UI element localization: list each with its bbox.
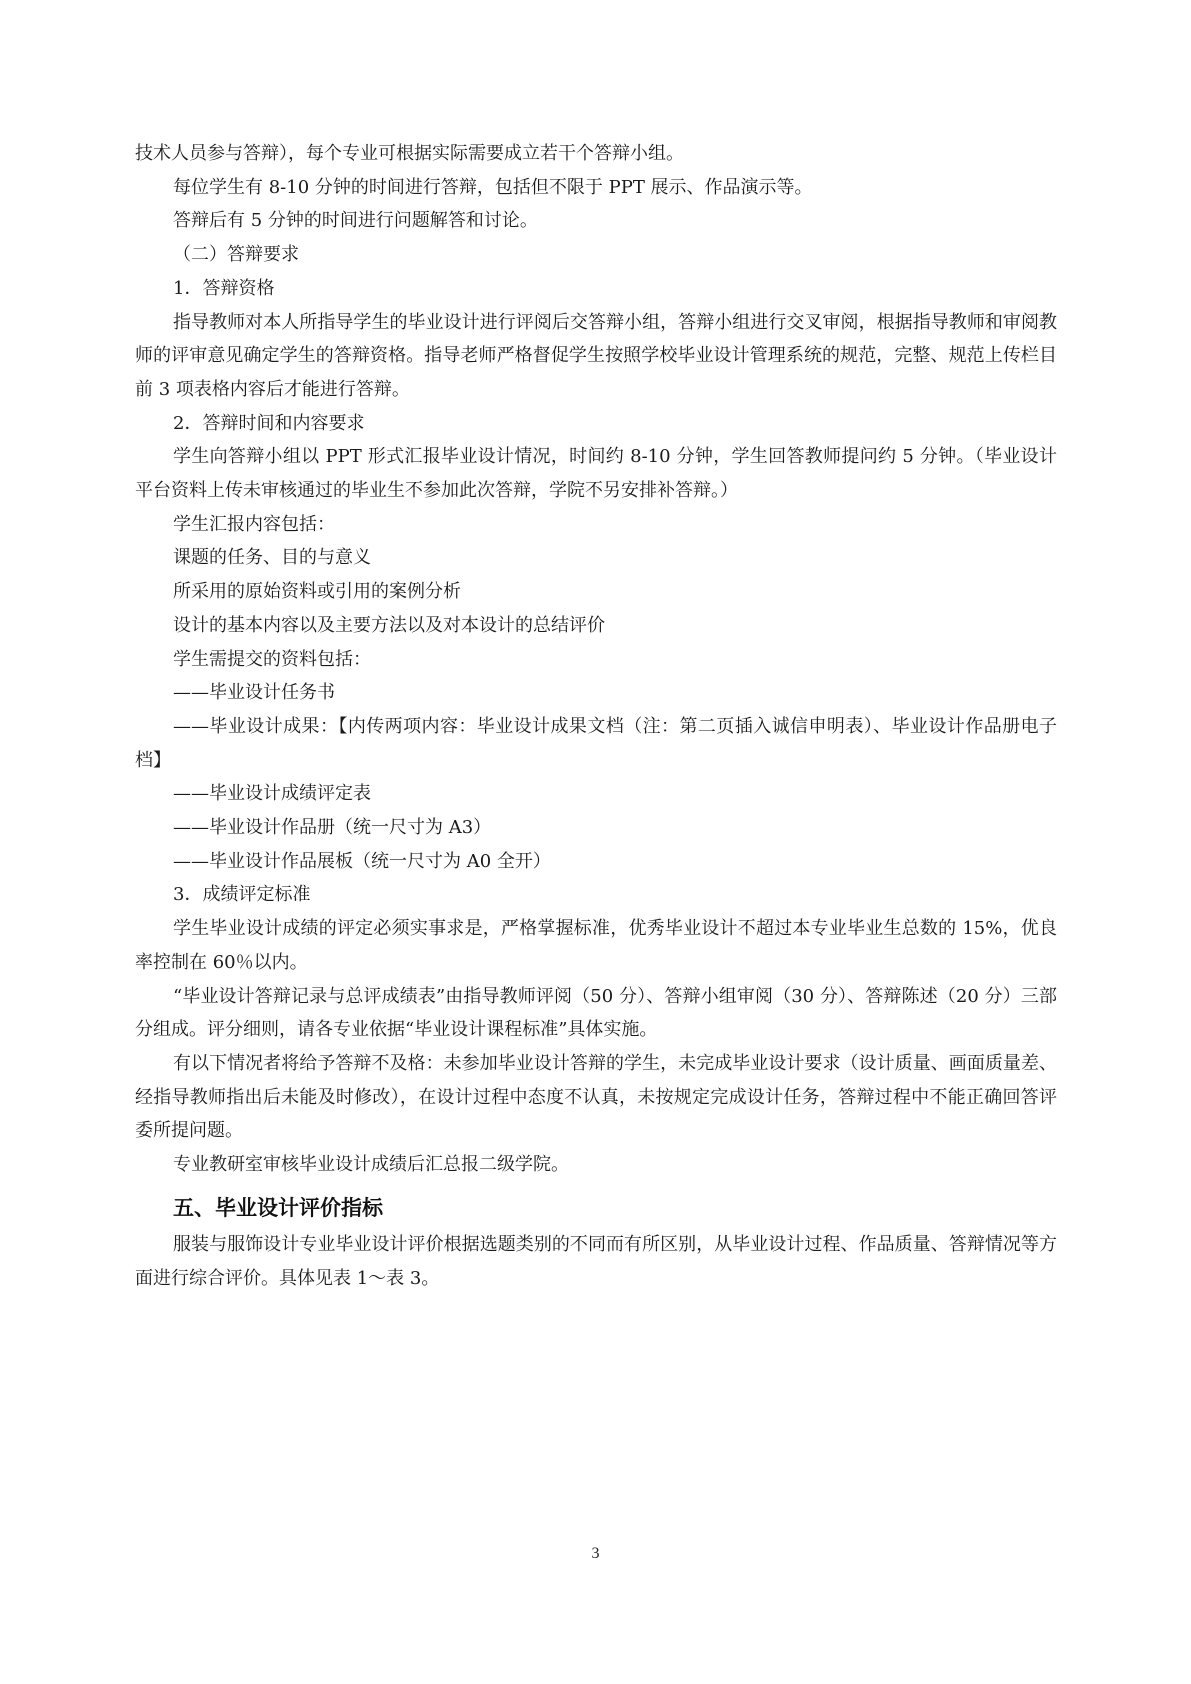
- subsection-title: （二）答辩要求: [135, 238, 1057, 272]
- paragraph: 学生汇报内容包括：: [135, 508, 1057, 542]
- paragraph: 学生向答辩小组以 PPT 形式汇报毕业设计情况，时间约 8-10 分钟，学生回答…: [135, 440, 1057, 507]
- list-item: ——毕业设计成绩评定表: [135, 777, 1057, 811]
- list-item: ——毕业设计作品册（统一尺寸为 A3）: [135, 811, 1057, 845]
- section-heading: 五、毕业设计评价指标: [135, 1190, 1057, 1226]
- paragraph: 指导教师对本人所指导学生的毕业设计进行评阅后交答辩小组，答辩小组进行交叉审阅，根…: [135, 306, 1057, 407]
- paragraph: 学生毕业设计成绩的评定必须实事求是，严格掌握标准，优秀毕业设计不超过本专业毕业生…: [135, 912, 1057, 979]
- paragraph: 专业教研室审核毕业设计成绩后汇总报二级学院。: [135, 1148, 1057, 1182]
- numbered-item-title: 2．答辩时间和内容要求: [135, 407, 1057, 441]
- numbered-item-title: 3．成绩评定标准: [135, 878, 1057, 912]
- list-item: ——毕业设计成果：【内传两项内容：毕业设计成果文档（注：第二页插入诚信申明表）、…: [135, 710, 1057, 777]
- list-item: 所采用的原始资料或引用的案例分析: [135, 575, 1057, 609]
- document-page: 技术人员参与答辩），每个专业可根据实际需要成立若干个答辩小组。 每位学生有 8-…: [0, 0, 1191, 1684]
- paragraph: 每位学生有 8-10 分钟的时间进行答辩，包括但不限于 PPT 展示、作品演示等…: [135, 171, 1057, 205]
- list-item: 课题的任务、目的与意义: [135, 541, 1057, 575]
- list-item: ——毕业设计任务书: [135, 676, 1057, 710]
- list-item: ——毕业设计作品展板（统一尺寸为 A0 全开）: [135, 845, 1057, 879]
- paragraph: 有以下情况者将给予答辩不及格：未参加毕业设计答辩的学生，未完成毕业设计要求（设计…: [135, 1047, 1057, 1148]
- page-number: 3: [0, 1545, 1191, 1563]
- list-item: 设计的基本内容以及主要方法以及对本设计的总结评价: [135, 609, 1057, 643]
- paragraph: 答辩后有 5 分钟的时间进行问题解答和讨论。: [135, 204, 1057, 238]
- paragraph: 服装与服饰设计专业毕业设计评价根据选题类别的不同而有所区别，从毕业设计过程、作品…: [135, 1228, 1057, 1295]
- paragraph: “毕业设计答辩记录与总评成绩表”由指导教师评阅（50 分）、答辩小组审阅（30 …: [135, 980, 1057, 1047]
- document-body: 技术人员参与答辩），每个专业可根据实际需要成立若干个答辩小组。 每位学生有 8-…: [135, 137, 1057, 1295]
- paragraph: 学生需提交的资料包括：: [135, 643, 1057, 677]
- numbered-item-title: 1．答辩资格: [135, 272, 1057, 306]
- paragraph: 技术人员参与答辩），每个专业可根据实际需要成立若干个答辩小组。: [135, 137, 1057, 171]
